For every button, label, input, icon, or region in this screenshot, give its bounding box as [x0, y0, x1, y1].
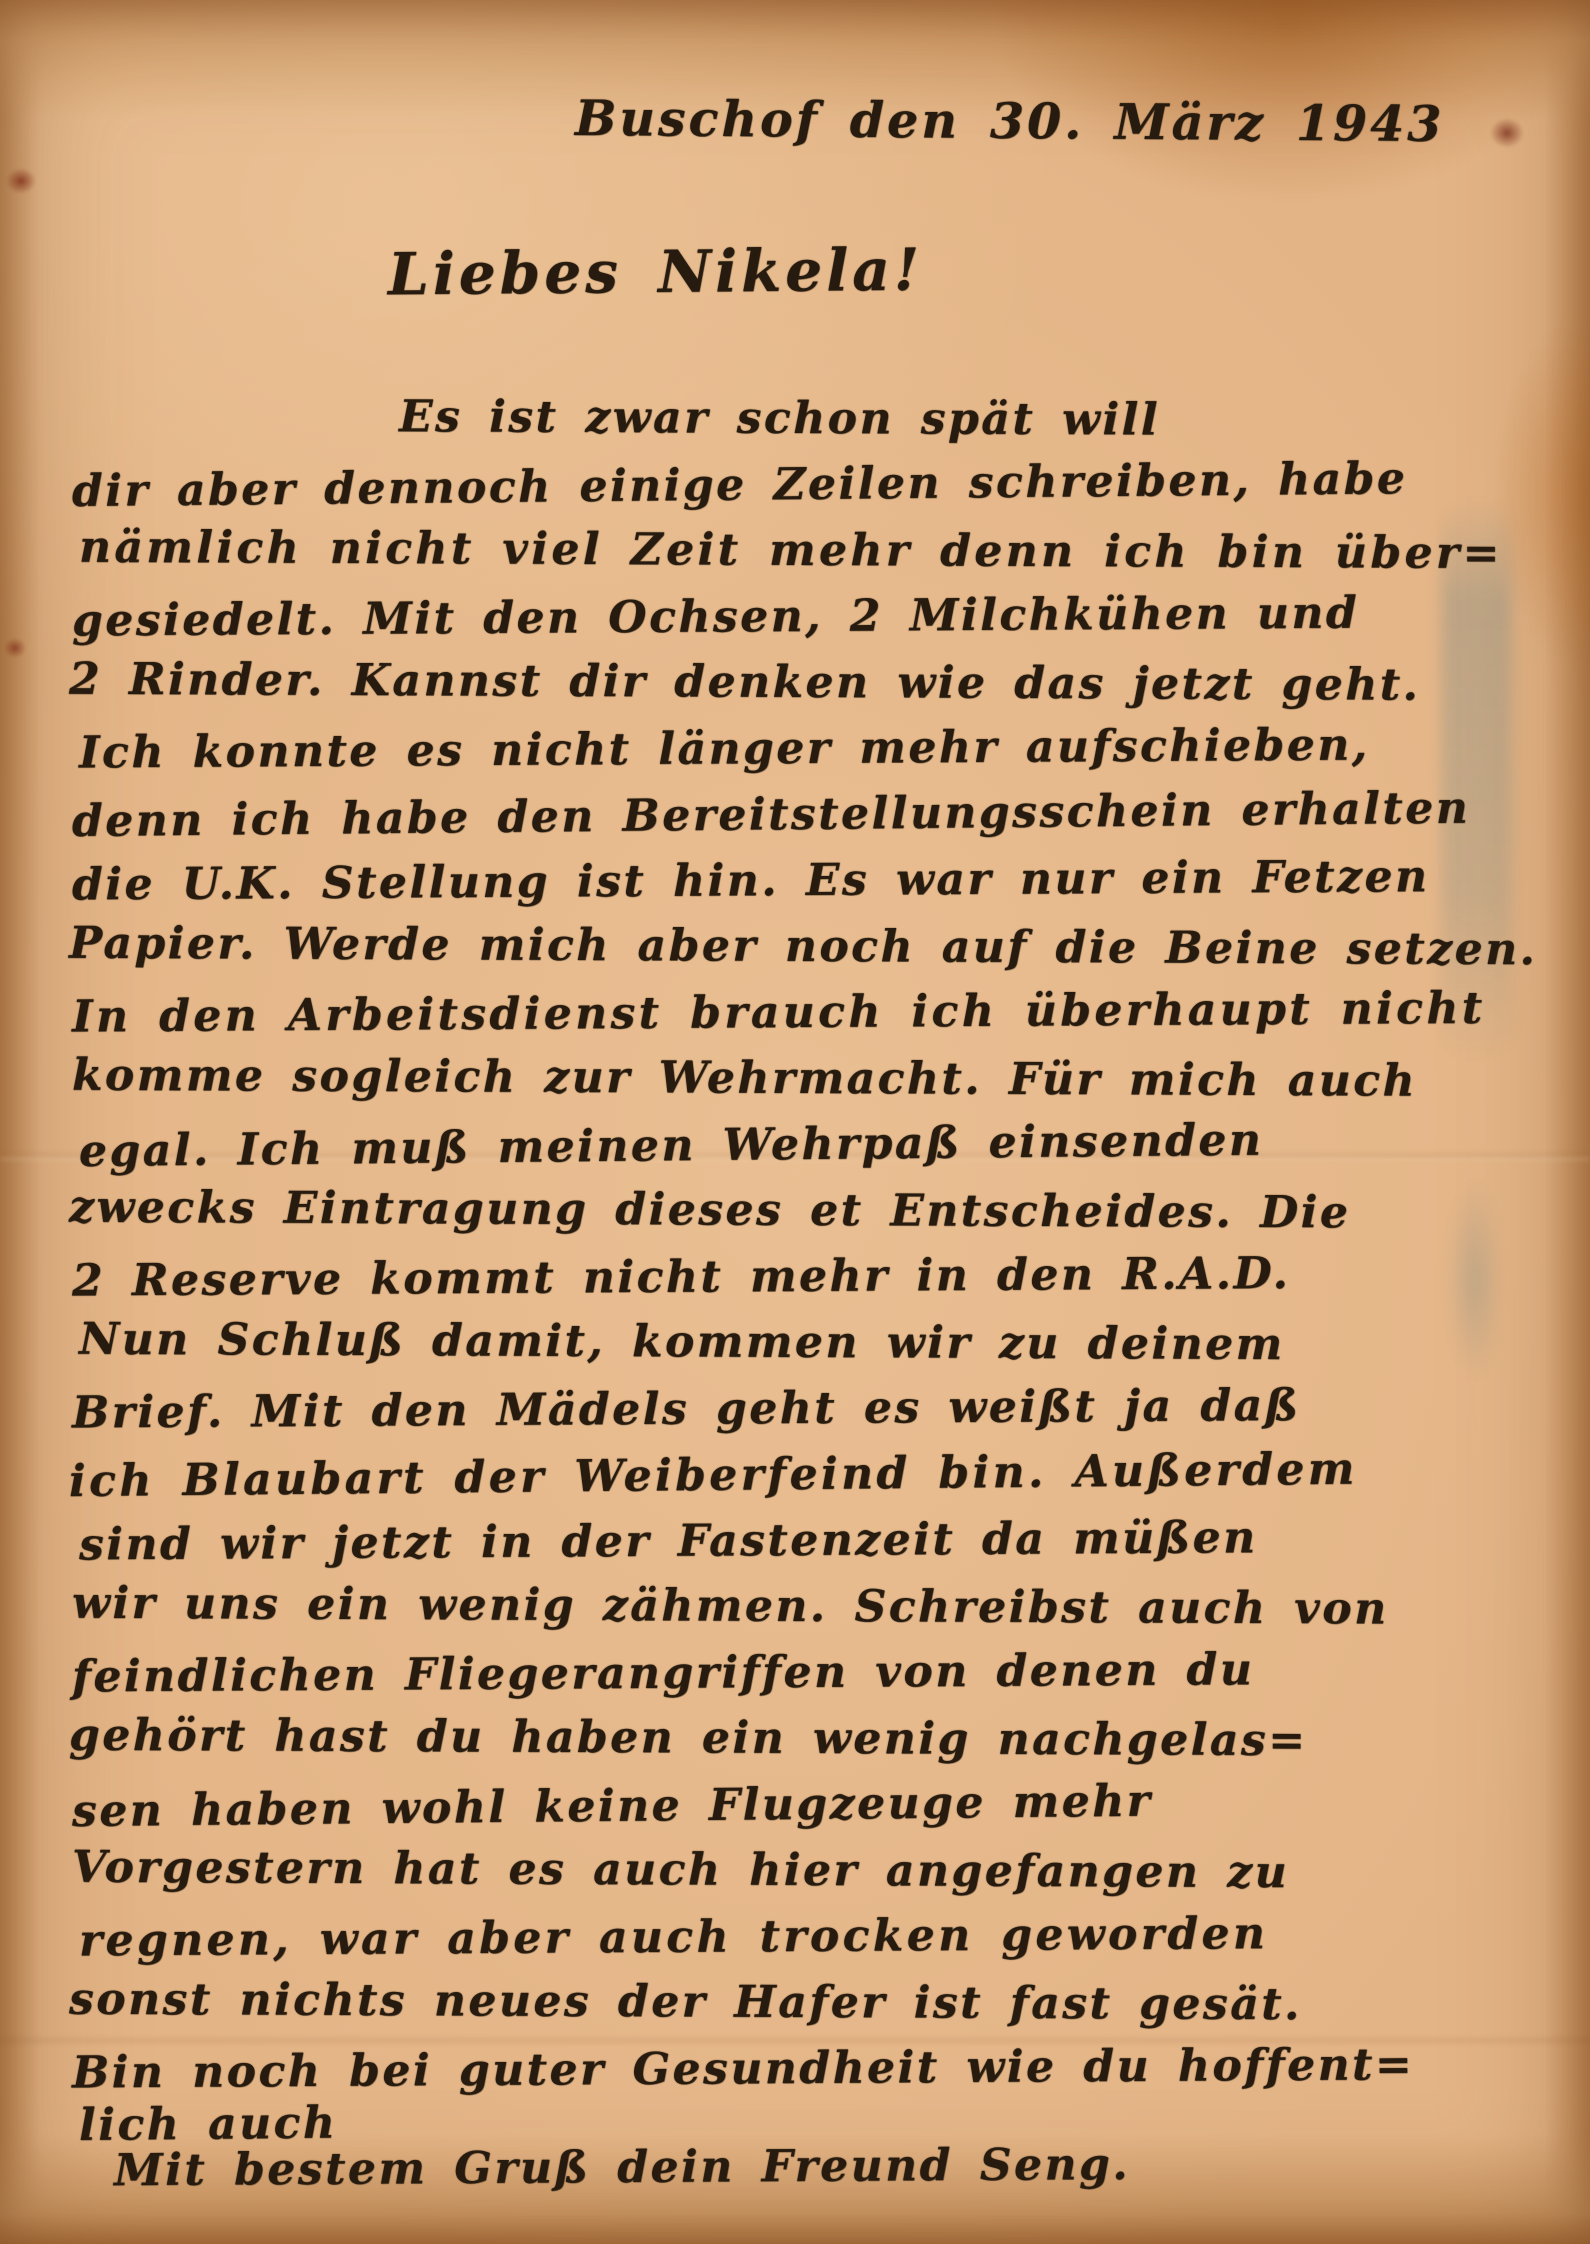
letter-line: wir uns ein wenig zähmen. Schreibst auch…	[72, 1571, 1542, 1643]
letter-line: sen haben wohl keine Flugzeuge mehr	[72, 1765, 1543, 1845]
letter-line: Mit bestem Gruß dein Freund Seng.	[72, 2136, 1542, 2199]
letter-line: Es ist zwar schon spät will	[69, 383, 1542, 455]
letter-salutation: Liebes Nikela!	[388, 236, 924, 309]
letter-line: Ich konnte es nicht länger mehr aufschie…	[79, 712, 1542, 787]
brown-stain	[1490, 118, 1524, 148]
red-ink-spot	[6, 168, 36, 194]
letter-line: sonst nichts neues der Hafer ist fast ge…	[69, 1967, 1542, 2039]
letter-line: sind wir jetzt in der Fastenzeit da müße…	[79, 1504, 1542, 1579]
letter-line: ich Blaubart der Weiberfeind bin. Außerd…	[69, 1435, 1543, 1515]
letter-page: Buschof den 30. März 1943 Liebes Nikela!…	[0, 0, 1590, 2244]
letter-body: Es ist zwar schon spät willdir aber denn…	[72, 386, 1542, 2194]
red-ink-spot	[4, 638, 26, 658]
letter-line: regnen, war aber auch trocken geworden	[79, 1900, 1542, 1975]
letter-line: zwecks Eintragung dieses et Entscheides.…	[69, 1175, 1542, 1247]
letter-line: feindlichen Fliegerangriffen von denen d…	[72, 1636, 1542, 1711]
letter-line: In den Arbeitsdienst brauch ich überhaup…	[72, 976, 1542, 1051]
letter-line: 2 Reserve kommt nicht mehr in den R.A.D.	[72, 1240, 1542, 1315]
letter-line: komme sogleich zur Wehrmacht. Für mich a…	[72, 1043, 1542, 1115]
letter-line: egal. Ich muß meinen Wehrpaß einsenden	[79, 1105, 1543, 1185]
letter-line: nämlich nicht viel Zeit mehr denn ich bi…	[79, 515, 1542, 587]
letter-line: gehört hast du haben ein wenig nachgelas…	[69, 1703, 1542, 1775]
letter-line: Nun Schluß damit, kommen wir zu deinem	[79, 1307, 1542, 1379]
letter-line: Vorgestern hat es auch hier angefangen z…	[72, 1835, 1542, 1907]
letter-line: Brief. Mit den Mädels geht es weißt ja d…	[72, 1372, 1542, 1447]
letter-line: Papier. Werde mich aber noch auf die Bei…	[69, 911, 1542, 983]
letter-line: die U.K. Stellung ist hin. Es war nur ei…	[72, 844, 1542, 919]
letter-line: denn ich habe den Bereitstellungsschein …	[72, 775, 1543, 855]
letter-line: dir aber dennoch einige Zeilen schreiben…	[72, 445, 1543, 525]
letter-line: 2 Rinder. Kannst dir denken wie das jetz…	[69, 647, 1542, 719]
letter-line: gesiedelt. Mit den Ochsen, 2 Milchkühen …	[72, 580, 1542, 655]
letter-dateline: Buschof den 30. März 1943	[575, 89, 1445, 153]
